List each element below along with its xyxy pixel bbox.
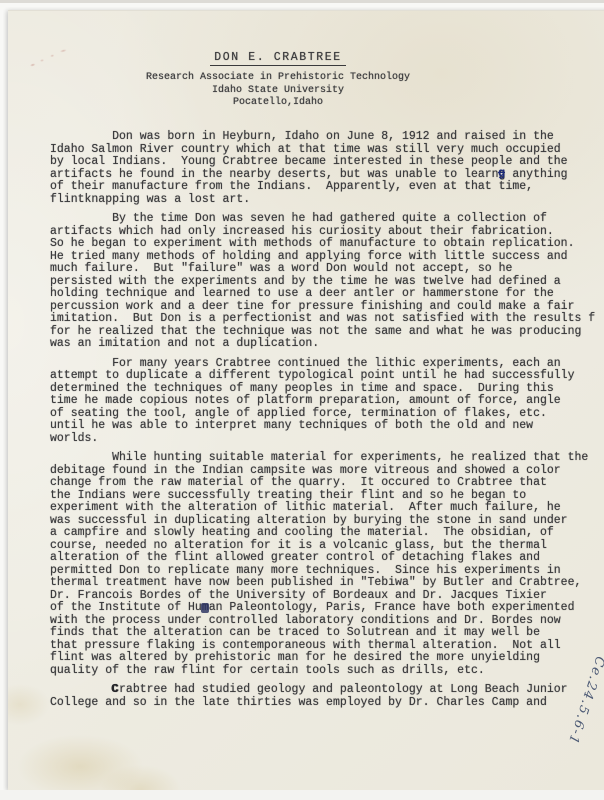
document-body: Don was born in Heyburn, Idaho on June 8… <box>50 131 604 716</box>
ink-blob-correction <box>201 603 209 613</box>
scan-edge <box>0 790 604 800</box>
paragraph-4: While hunting suitable material for expe… <box>50 452 604 677</box>
paragraph-1: Don was born in Heyburn, Idaho on June 8… <box>50 131 604 206</box>
document-title: DON E. CRABTREE <box>210 51 346 66</box>
paragraph-3: For many years Crabtree continued the li… <box>50 358 604 446</box>
byline-university: Idaho State University <box>8 85 548 98</box>
byline-role: Research Associate in Prehistoric Techno… <box>8 72 548 85</box>
scanned-page: DON E. CRABTREE Research Associate in Pr… <box>8 10 604 790</box>
paragraph-5: Crabtree had studied geology and paleont… <box>50 684 604 709</box>
blue-ink-overstrike-mark: g <box>498 168 505 181</box>
document-header: DON E. CRABTREE Research Associate in Pr… <box>8 47 548 110</box>
scan-edge <box>0 0 604 3</box>
paragraph-2: By the time Don was seven he had gathere… <box>50 213 604 351</box>
byline-city: Pocatello,Idaho <box>8 97 548 110</box>
overtyped-capital-correction: C <box>111 684 118 697</box>
